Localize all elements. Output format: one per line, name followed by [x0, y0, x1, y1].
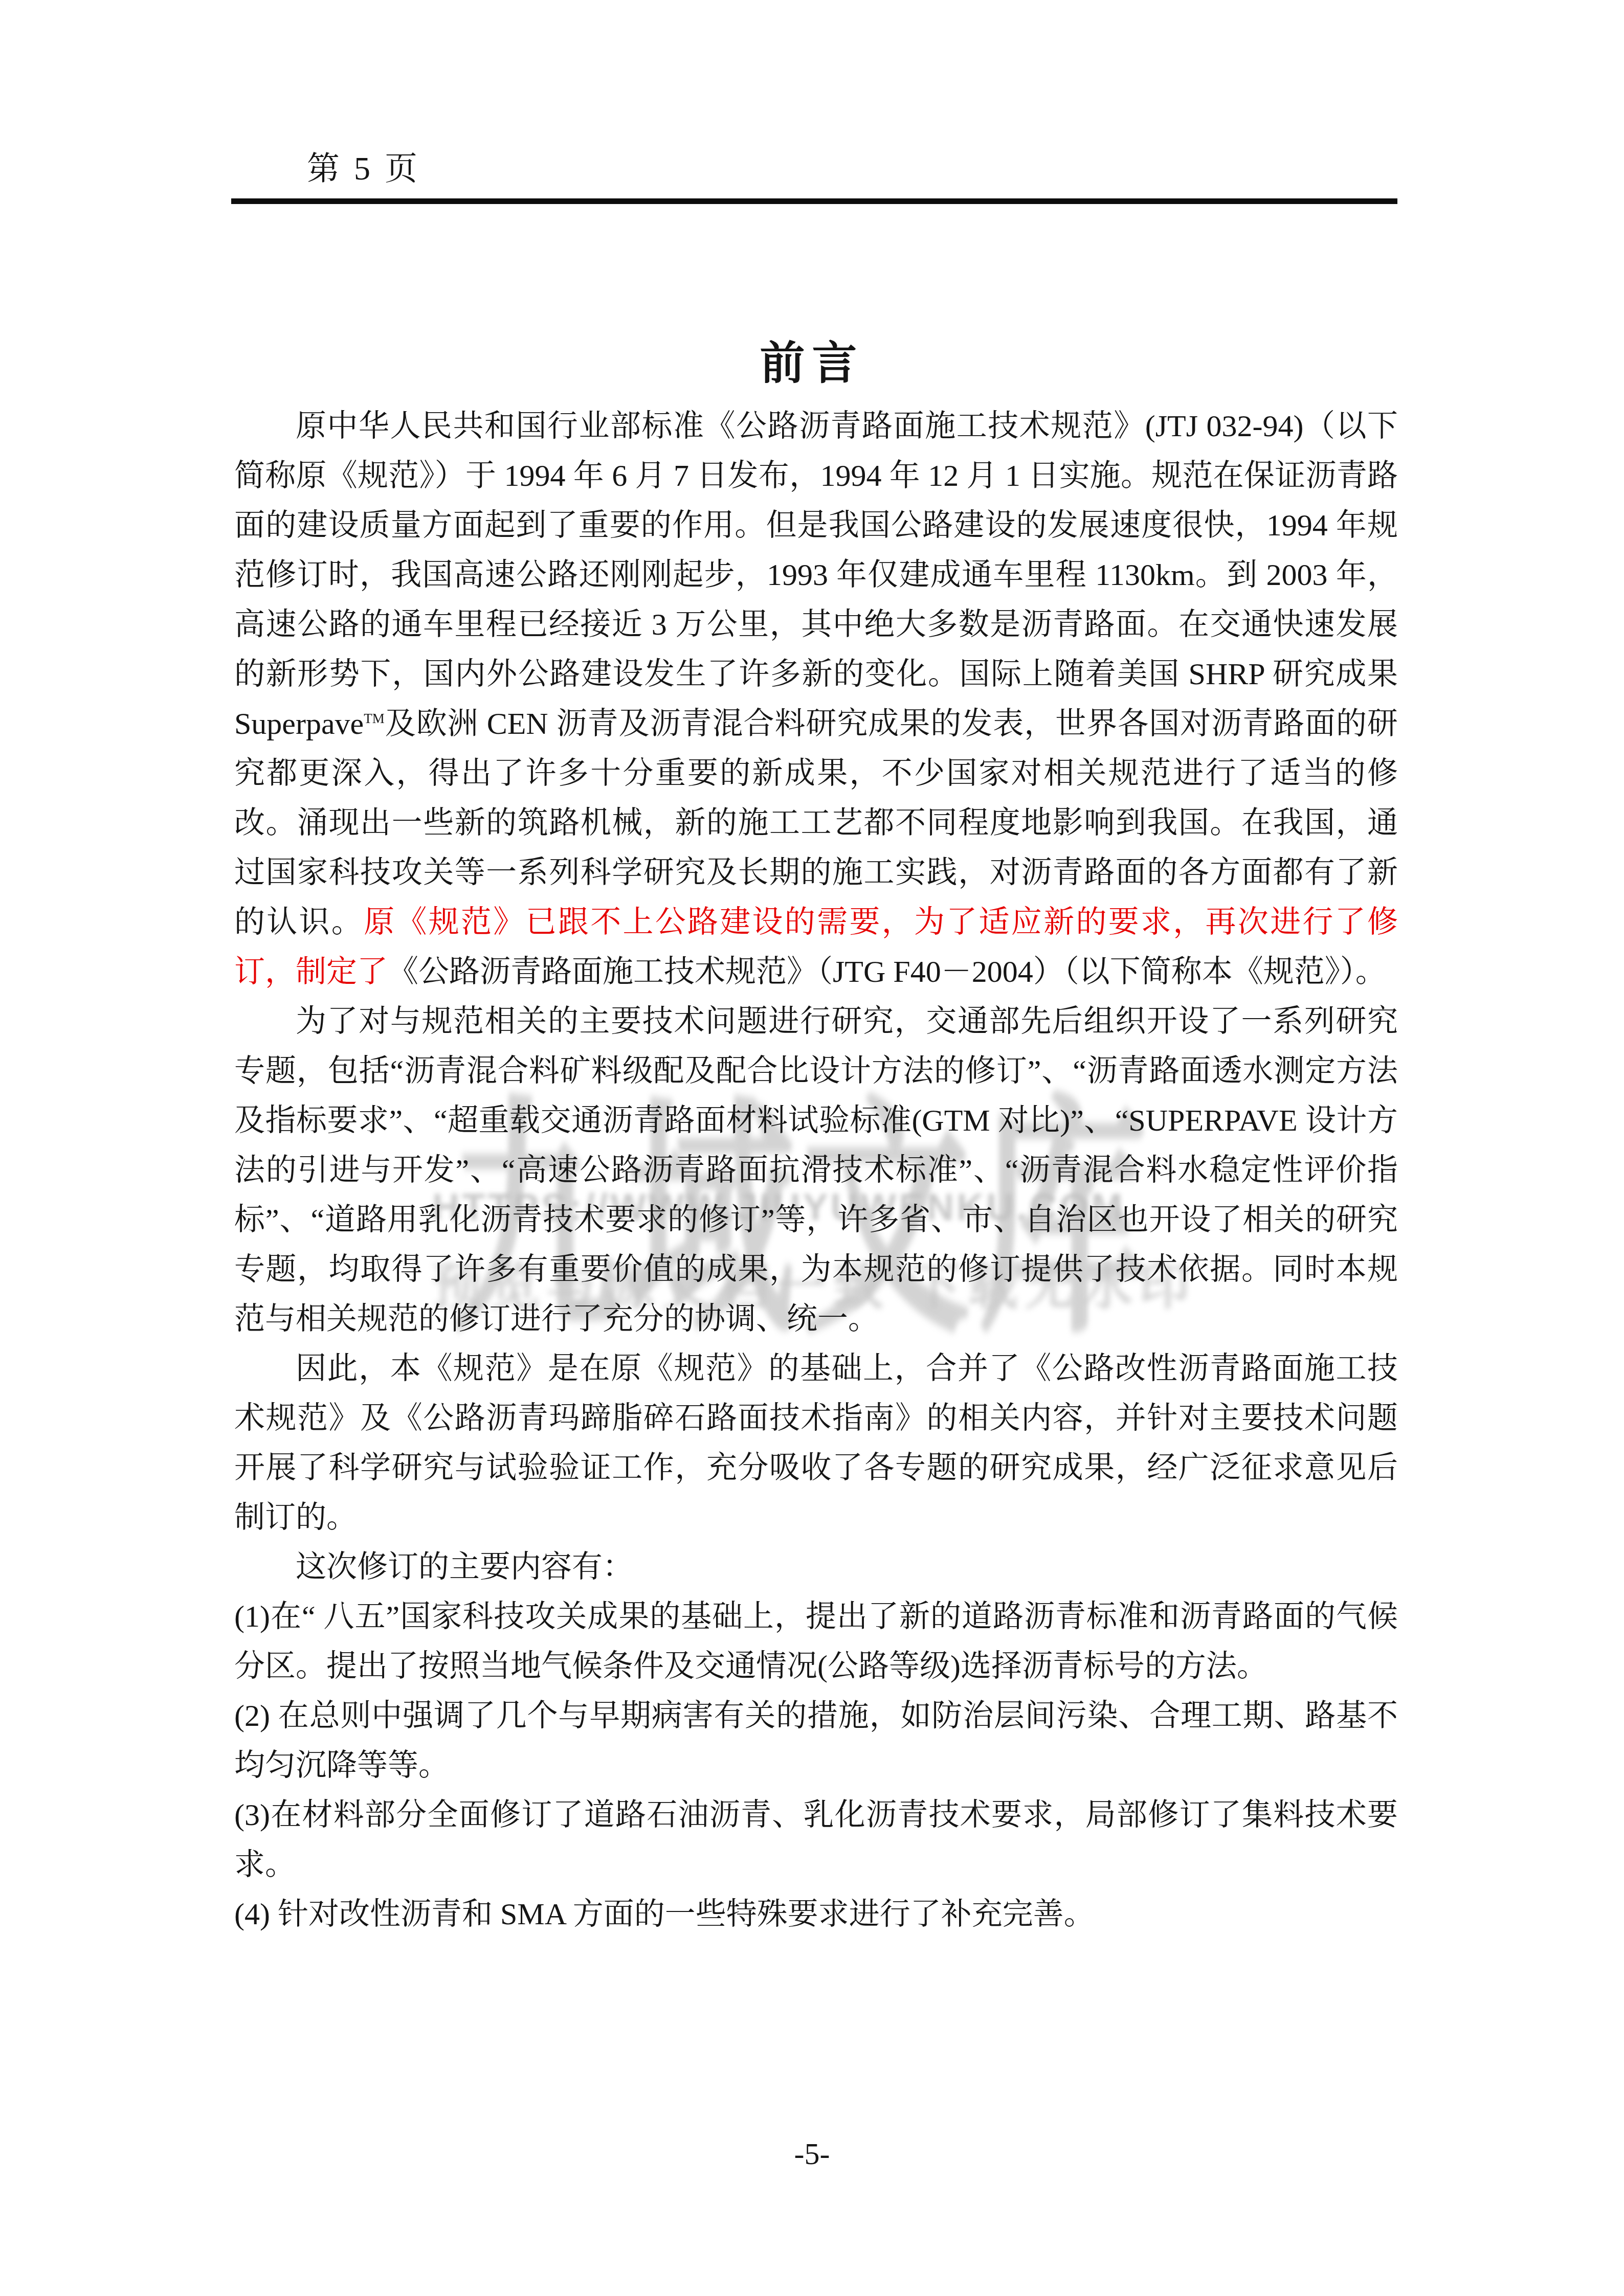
header-rule: [231, 198, 1397, 204]
body-run: (4) 针对改性沥青和 SMA 方面的一些特殊要求进行了补充完善。: [234, 1897, 1095, 1931]
body-run: 因此，本《规范》是在原《规范》的基础上，合并了《公路改性沥青路面施工技术规范》及…: [234, 1352, 1398, 1534]
body-run: (2) 在总则中强调了几个与早期病害有关的措施，如防治层间污染、合理工期、路基不…: [234, 1699, 1398, 1782]
trademark-superscript: TM: [364, 711, 385, 726]
page-title: 前言: [0, 327, 1624, 392]
paragraph: 这次修订的主要内容有：: [234, 1542, 1398, 1592]
body-run: (3)在材料部分全面修订了道路石油沥青、乳化沥青技术要求，局部修订了集料技术要求…: [234, 1798, 1398, 1881]
body-run: 《公路沥青路面施工技术规范》（JTG F40－2004）（以下简称本《规范》）。: [388, 955, 1386, 988]
paragraph: (3)在材料部分全面修订了道路石油沥青、乳化沥青技术要求，局部修订了集料技术要求…: [234, 1790, 1398, 1889]
paragraph: 因此，本《规范》是在原《规范》的基础上，合并了《公路改性沥青路面施工技术规范》及…: [234, 1344, 1398, 1542]
page-footer-number: -5-: [0, 2136, 1624, 2172]
body-run: 为了对与规范相关的主要技术问题进行研究，交通部先后组织开设了一系列研究专题，包括…: [234, 1004, 1398, 1336]
document-page: 第 5 页 前言 九域文库 HTTPS://WWW.JIUYUWENKU.COM…: [0, 0, 1624, 2296]
body-run: 及欧洲 CEN 沥青及沥青混合料研究成果的发表，世界各国对沥青路面的研究都更深入…: [234, 707, 1398, 939]
paragraph: (2) 在总则中强调了几个与早期病害有关的措施，如防治层间污染、合理工期、路基不…: [234, 1691, 1398, 1790]
page-header-label: 第 5 页: [307, 142, 420, 189]
paragraph: (4) 针对改性沥青和 SMA 方面的一些特殊要求进行了补充完善。: [234, 1889, 1398, 1939]
paragraph: 原中华人民共和国行业部标准《公路沥青路面施工技术规范》(JTJ 032-94)（…: [234, 401, 1398, 997]
paragraph: (1)在“ 八五”国家科技攻关成果的基础上，提出了新的道路沥青标准和沥青路面的气…: [234, 1592, 1398, 1691]
body-run: (1)在“ 八五”国家科技攻关成果的基础上，提出了新的道路沥青标准和沥青路面的气…: [234, 1600, 1398, 1683]
paragraph: 为了对与规范相关的主要技术问题进行研究，交通部先后组织开设了一系列研究专题，包括…: [234, 997, 1398, 1344]
body-text: 原中华人民共和国行业部标准《公路沥青路面施工技术规范》(JTJ 032-94)（…: [234, 401, 1398, 1939]
body-run: 这次修订的主要内容有：: [296, 1550, 633, 1584]
body-run: 原中华人民共和国行业部标准《公路沥青路面施工技术规范》(JTJ 032-94)（…: [234, 409, 1398, 740]
